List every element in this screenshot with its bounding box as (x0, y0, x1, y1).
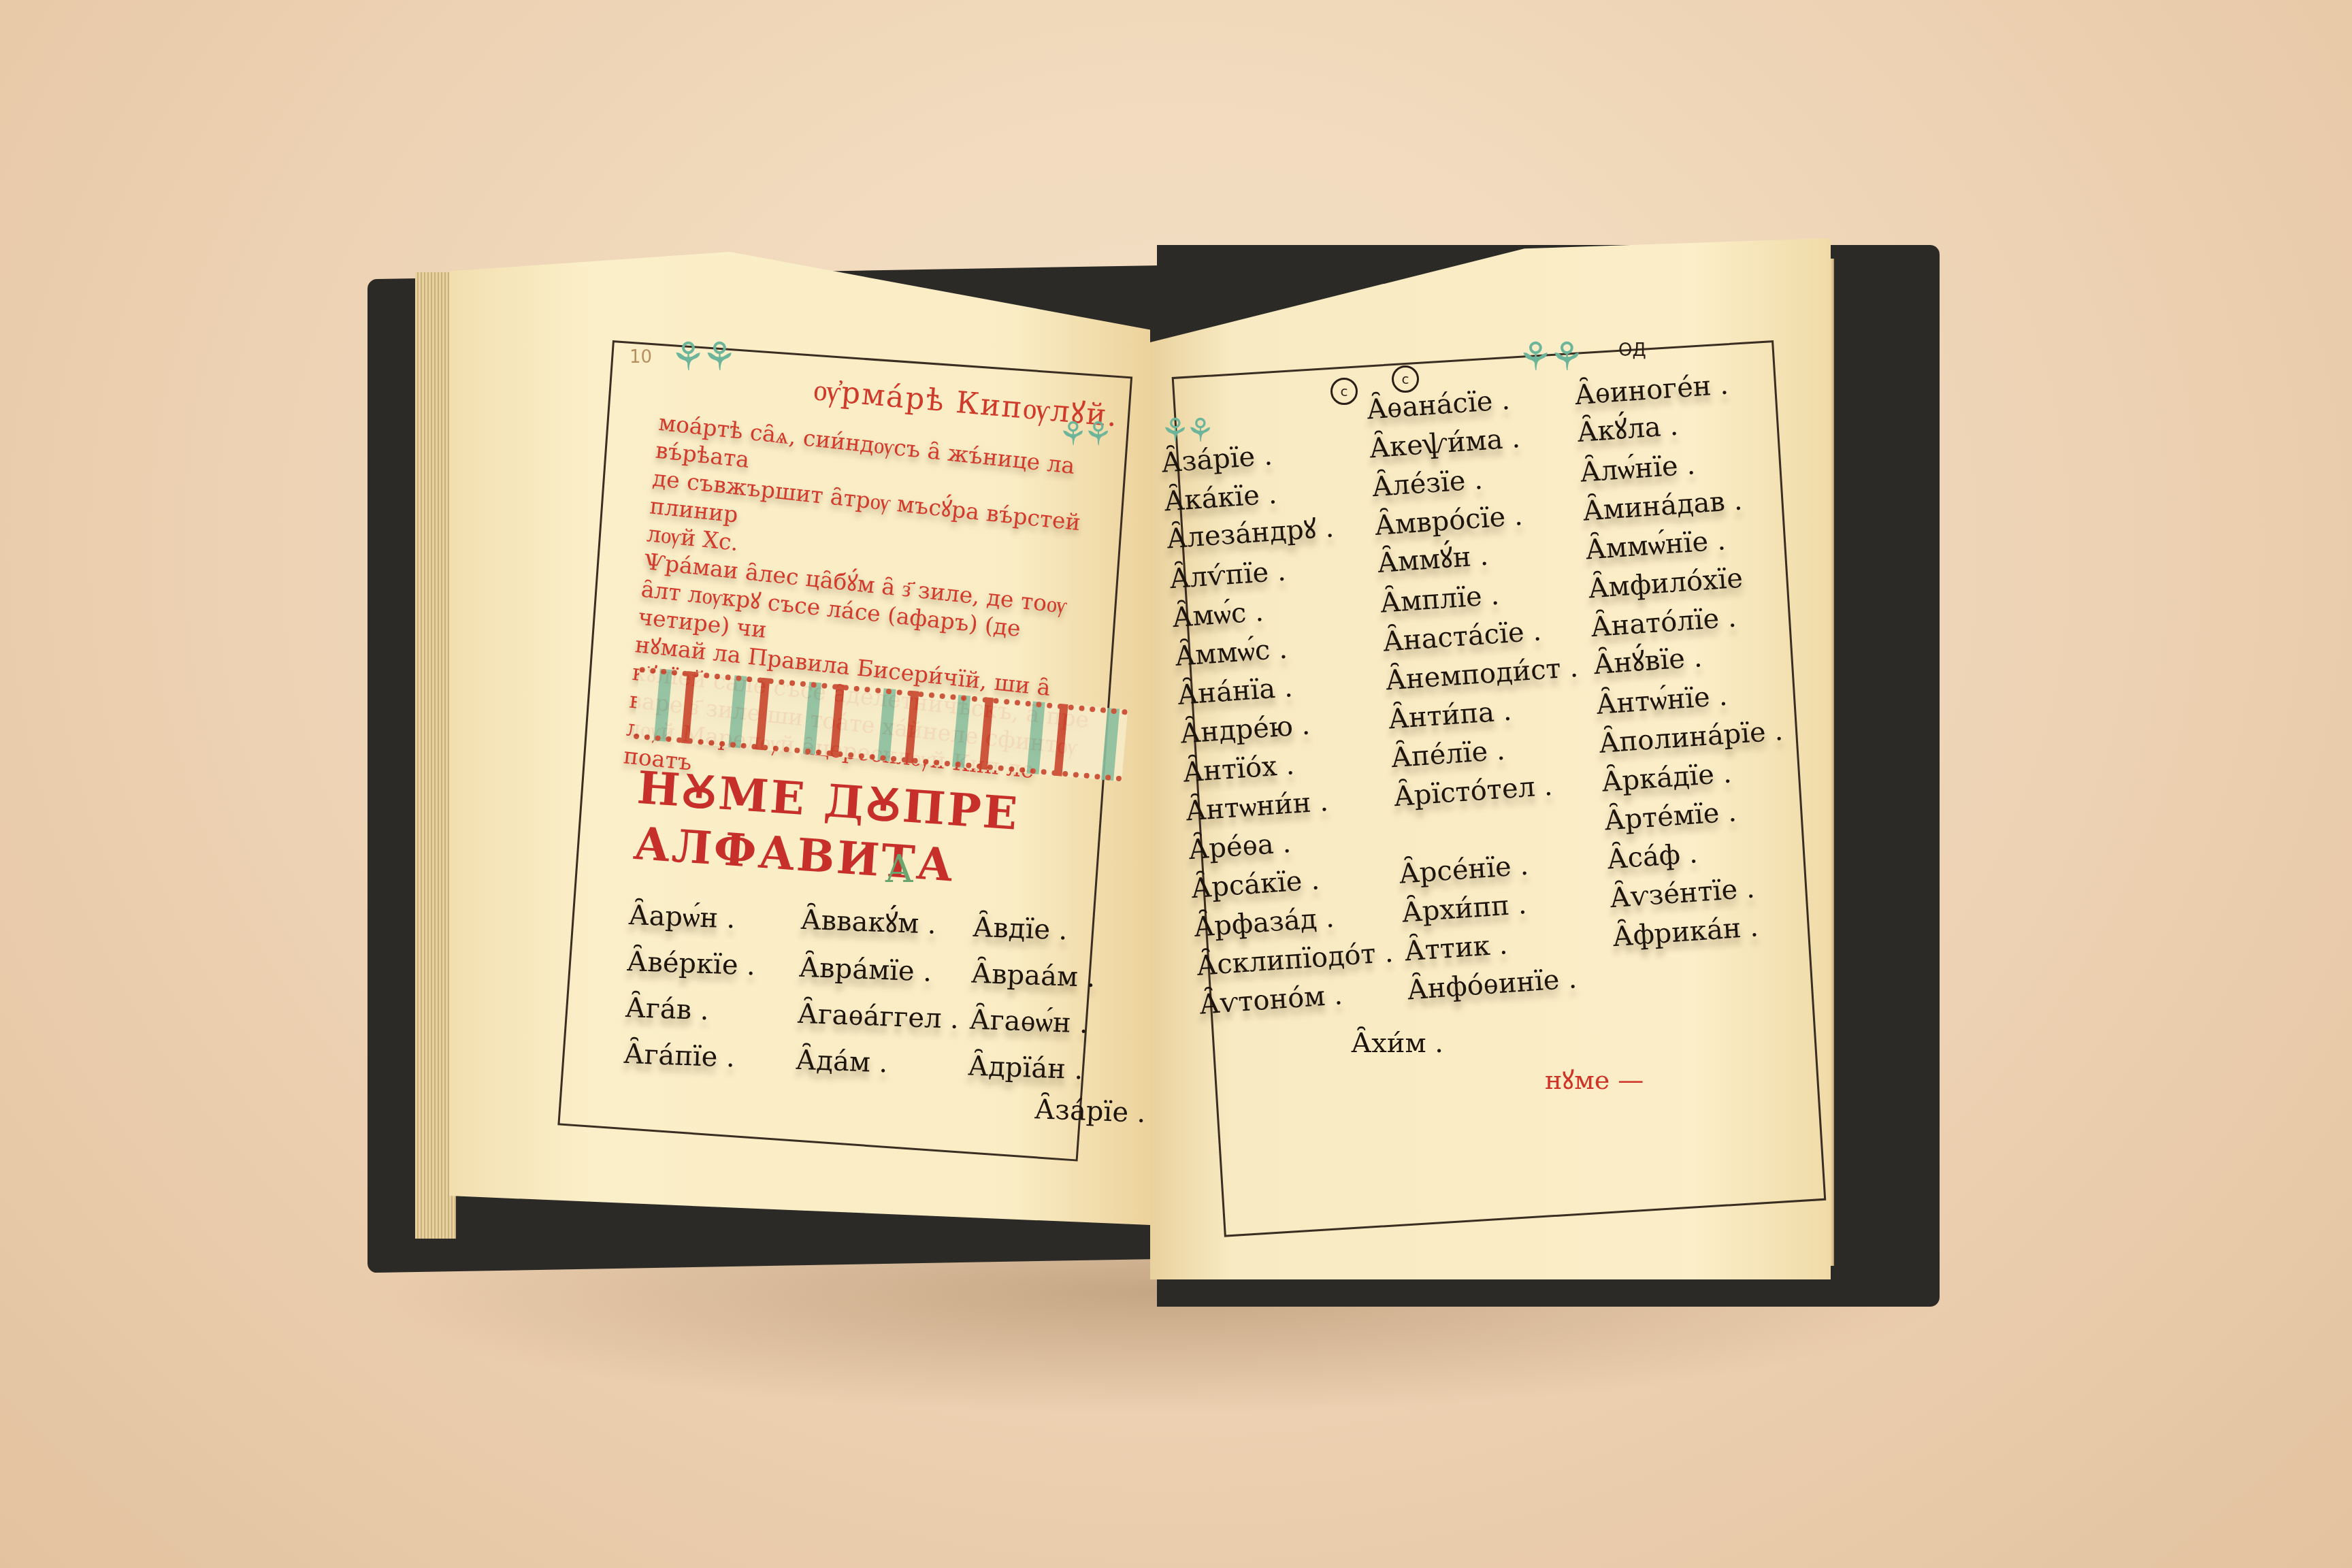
name-entry: А̑враа́м . (970, 958, 1144, 996)
section-letter: А (885, 847, 913, 892)
name-entry: А̑гаѳа́ггел . (797, 998, 970, 1036)
name-entry: А̑дрїа́н . (967, 1051, 1141, 1088)
right-page-number: ОД (1618, 340, 1646, 361)
names-list-left: А̑арѡ́н . А̑ввакꙋ́м . А̑вдїе . А̑ве́ркїе… (623, 885, 1147, 1088)
sprig-ornament-icon: ⚘⚘ (1058, 415, 1109, 453)
name-entry: А̑вдїе . (972, 912, 1145, 949)
name-entry: А̑арѡ́н . (628, 899, 802, 937)
name-entry: А̑вра́мїе . (798, 952, 972, 990)
names-list-right: А̑ѳана́сїе .А̑ѳиноге́н . А̑за́рїе .А̑кеѱ… (1157, 358, 1825, 1021)
catchword: нꙋме — (1545, 1062, 1644, 1097)
name-entry: А̑ввакꙋ́м . (800, 900, 974, 943)
name-entry-trailing: А̑хи́м . (1351, 1028, 1443, 1059)
sprig-ornament-icon: ⚘⚘ (670, 333, 733, 380)
name-entry-trailing: А̑за́рїе . (1034, 1094, 1146, 1129)
name-entry: А̑да́м . (795, 1045, 968, 1082)
left-page-number: 10 (630, 347, 652, 367)
name-entry: А̑гаѳѡ́н . (969, 1004, 1143, 1042)
name-entry: А̑га́в . (625, 992, 798, 1030)
name-entry: А̑га́пїе . (623, 1039, 797, 1076)
name-entry: А̑ве́ркїе . (626, 946, 800, 983)
